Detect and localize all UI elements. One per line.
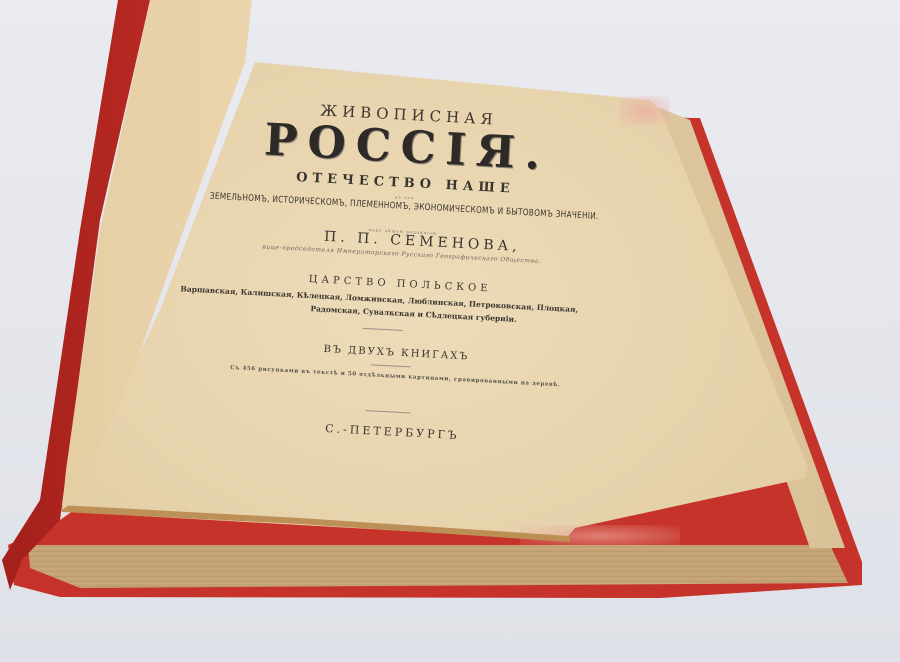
book-photo: ЖИВОПИСНАЯ РОССІЯ. ОТЕЧЕСТВО НАШЕ въ его… xyxy=(0,0,900,662)
divider xyxy=(363,328,403,331)
divider xyxy=(371,364,411,367)
city-imprint: С.-ПЕТЕРБУРГЪ xyxy=(152,413,632,451)
divider xyxy=(365,410,410,413)
title-page-text: ЖИВОПИСНАЯ РОССІЯ. ОТЕЧЕСТВО НАШЕ въ его… xyxy=(151,83,650,478)
